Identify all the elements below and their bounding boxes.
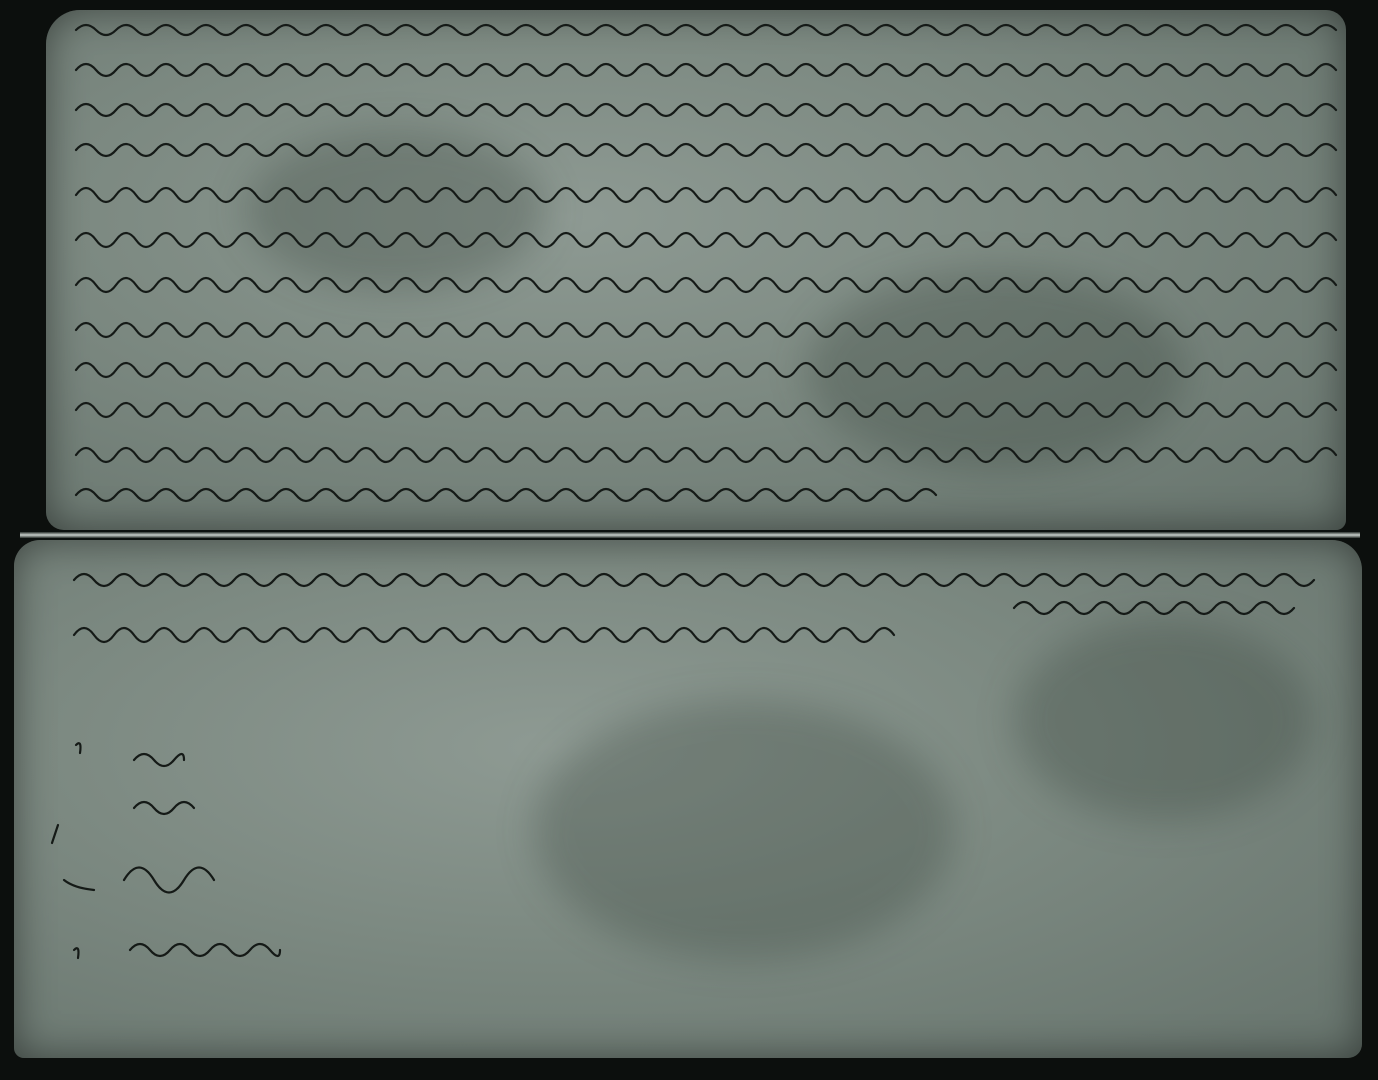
upper-manuscript-leaf (46, 10, 1346, 530)
upper-leaf-script (46, 10, 1346, 530)
lower-manuscript-leaf (14, 540, 1362, 1058)
leaf-seam (20, 532, 1360, 538)
lower-leaf-script (14, 540, 1362, 1058)
